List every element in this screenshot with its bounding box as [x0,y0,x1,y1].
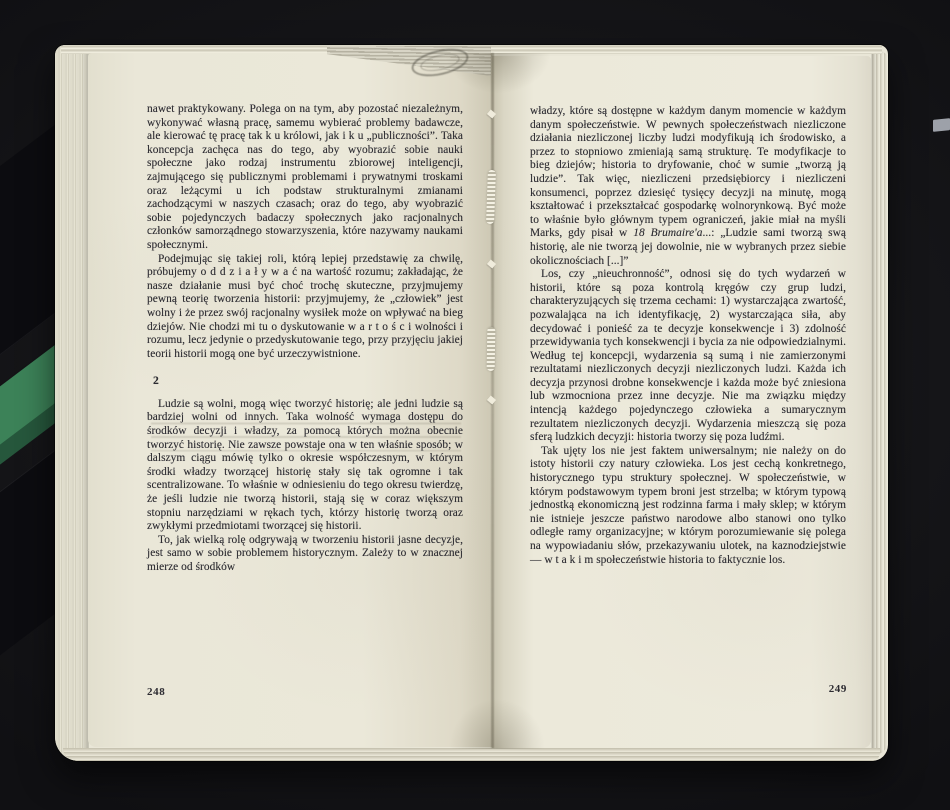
paragraph: Tak ujęty los nie jest faktem uniwersaln… [530,445,846,567]
gutter-top-shadow [443,53,553,95]
paragraph: Ludzie są wolni, mogą więc tworzyć histo… [147,398,463,534]
paragraph: To, jak wielką rolę odgrywają w tworzeni… [147,534,463,575]
gutter-bottom-shadow [447,697,547,749]
page-text-left: nawet praktykowany. Polega on na tym, ab… [147,103,463,575]
background-tab [933,118,950,132]
paragraph: władzy, które są dostępne w każdym danym… [530,105,846,268]
paragraph: nawet praktykowany. Polega on na tym, ab… [147,103,463,253]
section-heading: 2 [153,374,463,388]
page-stack-right-edge [871,51,888,755]
open-book: nawet praktykowany. Polega on na tym, ab… [55,45,888,761]
page-number-right: 249 [813,683,847,695]
page-text-right: władzy, które są dostępne w każdym danym… [530,105,846,567]
page-number-left: 248 [147,686,165,698]
page-stack-bottom-edge [63,748,880,761]
binding-thread [487,327,496,371]
photo-scene: nawet praktykowany. Polega on na tym, ab… [0,0,950,810]
paragraph: Podejmując się takiej roli, którą lepiej… [147,253,463,362]
paragraph: Los, czy „nieuchronność”, odnosi się do … [530,268,846,445]
page-stack-left-edge [55,45,89,761]
